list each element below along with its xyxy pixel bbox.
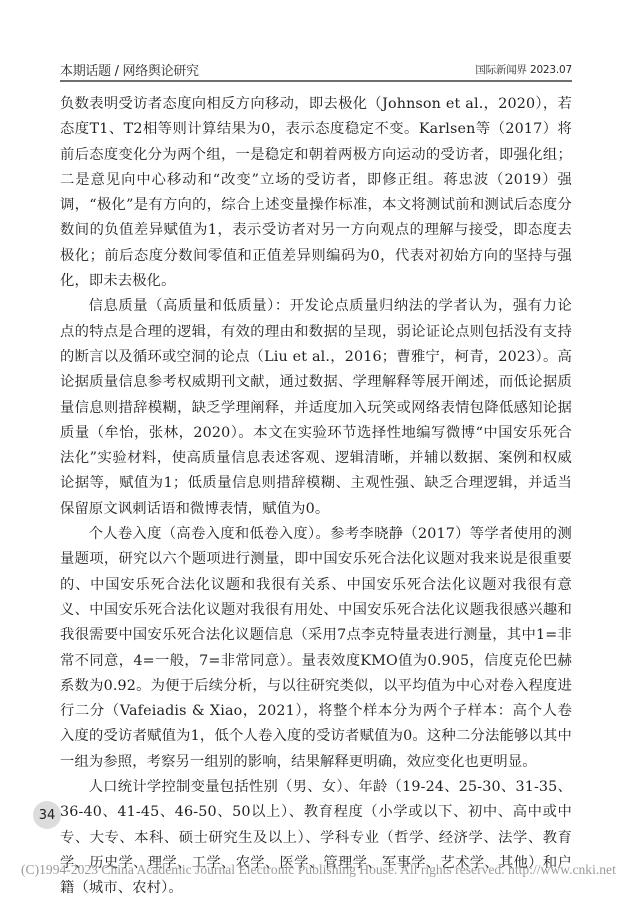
paragraph-information-quality: 信息质量（高质量和低质量）：开发论点质量归纳法的学者认为，强有力论点的特点是合理…: [60, 294, 572, 522]
page-number: 34: [39, 808, 56, 823]
paragraph-demographic-controls: 人口统计学控制变量包括性别（男、女）、年龄（19-24、25-30、31-35、…: [60, 775, 572, 900]
page-number-badge: 34: [33, 801, 61, 829]
journal-issue: 国际新闻界 2023.07: [475, 62, 572, 77]
paragraph-depolarization-coding: 负数表明受访者态度向相反方向移动，即去极化（Johnson et al.，202…: [60, 92, 572, 294]
section-title: 本期话题 / 网络舆论研究: [60, 60, 199, 79]
running-header: 本期话题 / 网络舆论研究 国际新闻界 2023.07: [60, 58, 572, 80]
header-divider: [60, 80, 572, 82]
copyright-footer: (C)1994-2023 China Academic Journal Elec…: [21, 862, 616, 878]
article-body: 负数表明受访者态度向相反方向移动，即去极化（Johnson et al.，202…: [60, 92, 572, 900]
paragraph-personal-involvement: 个人卷入度（高卷入度和低卷入度）。参考李晓静（2017）等学者使用的测量题项，研…: [60, 522, 572, 775]
